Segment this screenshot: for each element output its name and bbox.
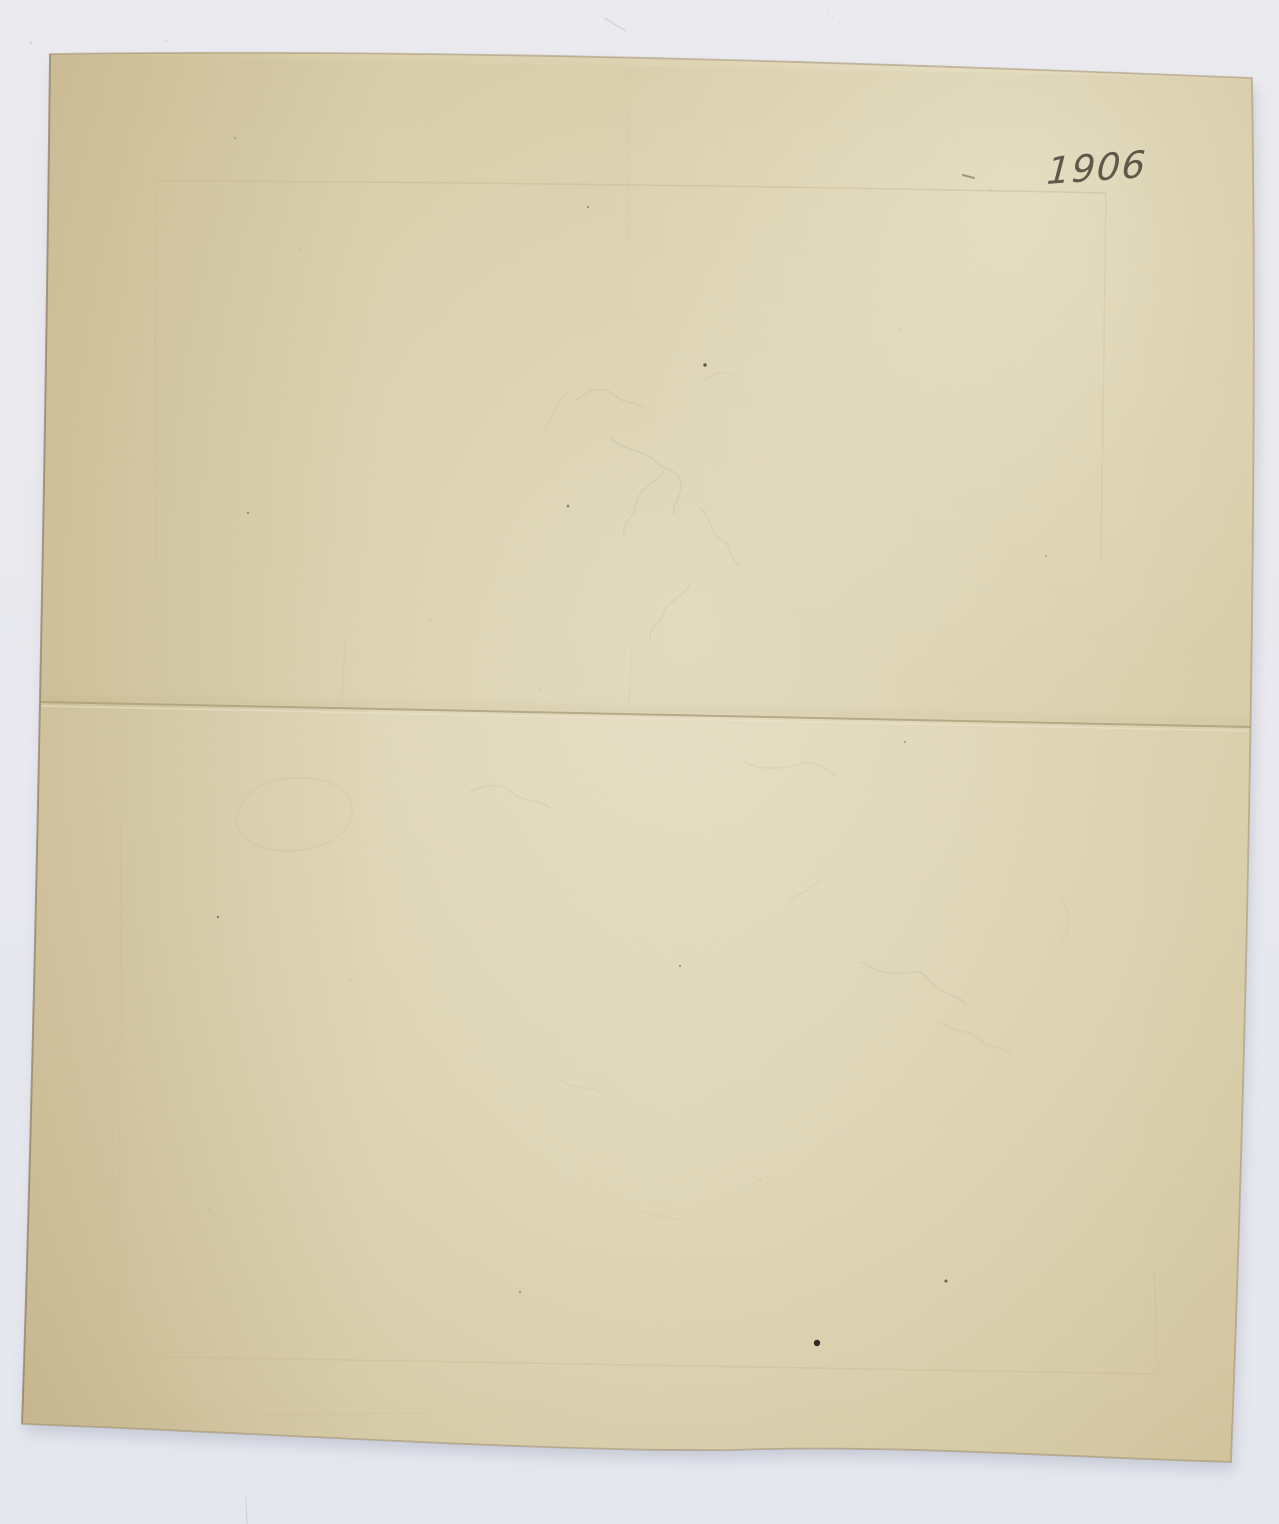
backdrop-speck [832, 15, 834, 17]
backdrop-speck [30, 42, 33, 45]
backdrop-speck [827, 9, 829, 11]
backdrop-speck [165, 40, 167, 42]
paper-grain [0, 0, 1279, 1524]
photo-canvas: 1906 [0, 0, 1279, 1524]
photograph-of-document-verso: 1906 [0, 0, 1279, 1524]
handwritten-year: 1906 [1045, 142, 1148, 193]
handwritten-year-group: 1906 [1042, 142, 1151, 193]
backdrop-speck [838, 21, 840, 23]
